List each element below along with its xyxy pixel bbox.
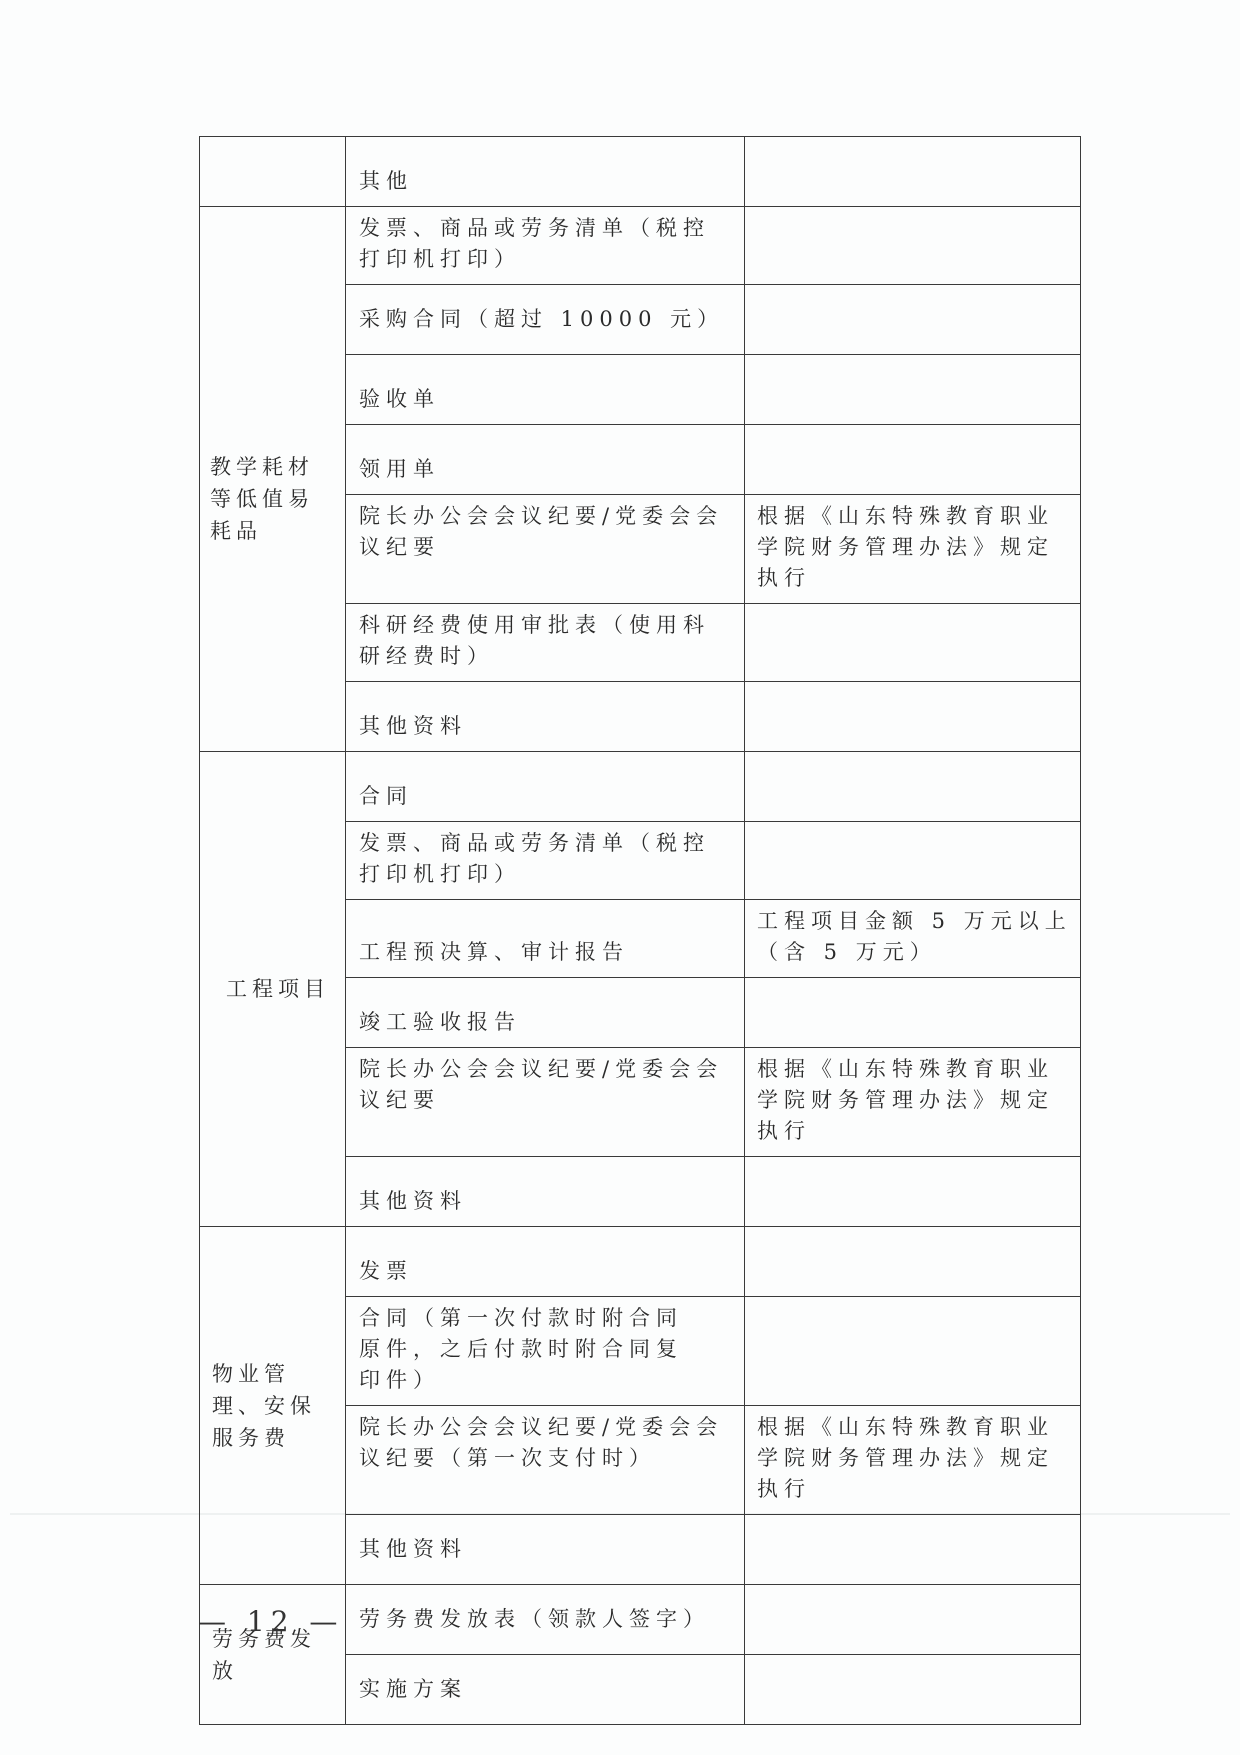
table-row: 其他 <box>200 137 1081 207</box>
note-cell <box>745 355 1081 425</box>
note-cell <box>745 1227 1081 1297</box>
document-item-cell: 其他 <box>346 137 745 207</box>
document-item-cell: 竣工验收报告 <box>346 978 745 1048</box>
note-cell <box>745 604 1081 682</box>
note-cell: 根据《山东特殊教育职业学院财务管理办法》规定执行 <box>745 1048 1081 1157</box>
note-cell: 根据《山东特殊教育职业学院财务管理办法》规定执行 <box>745 495 1081 604</box>
document-item-cell: 院长办公会会议纪要/党委会会议纪要 <box>346 495 745 604</box>
note-cell <box>745 1655 1081 1725</box>
note-cell <box>745 752 1081 822</box>
document-item-cell: 劳务费发放表（领款人签字） <box>346 1585 745 1655</box>
document-item-cell: 院长办公会会议纪要/党委会会议纪要（第一次支付时） <box>346 1406 745 1515</box>
note-cell: 工程项目金额 5 万元以上（含 5 万元） <box>745 900 1081 978</box>
document-item-cell: 科研经费使用审批表（使用科研经费时） <box>346 604 745 682</box>
note-cell <box>745 285 1081 355</box>
document-item-cell: 其他资料 <box>346 682 745 752</box>
note-cell <box>745 822 1081 900</box>
note-cell <box>745 682 1081 752</box>
note-cell <box>745 978 1081 1048</box>
page-number: — 12 — <box>198 1605 343 1638</box>
note-cell <box>745 1297 1081 1406</box>
document-item-cell: 采购合同（超过 10000 元） <box>346 285 745 355</box>
document-item-cell: 实施方案 <box>346 1655 745 1725</box>
document-item-cell: 领用单 <box>346 425 745 495</box>
category-cell: 工程项目 <box>200 752 346 1227</box>
document-item-cell: 发票、商品或劳务清单（税控打印机打印） <box>346 822 745 900</box>
note-cell <box>745 1515 1081 1585</box>
note-cell <box>745 207 1081 285</box>
document-item-cell: 院长办公会会议纪要/党委会会议纪要 <box>346 1048 745 1157</box>
document-item-cell: 合同（第一次付款时附合同原件，之后付款时附合同复印件） <box>346 1297 745 1406</box>
note-cell <box>745 1585 1081 1655</box>
table-row: 教学耗材等低值易耗品 发票、商品或劳务清单（税控打印机打印） <box>200 207 1081 285</box>
table-row: 物业管理、安保服务费 发票 <box>200 1227 1081 1297</box>
category-cell <box>200 137 346 207</box>
document-item-cell: 发票 <box>346 1227 745 1297</box>
document-item-cell: 其他资料 <box>346 1515 745 1585</box>
note-cell <box>745 425 1081 495</box>
reimbursement-documents-table: 其他 教学耗材等低值易耗品 发票、商品或劳务清单（税控打印机打印） 采购合同（超… <box>199 136 1081 1725</box>
table-row: 工程项目 合同 <box>200 752 1081 822</box>
document-item-cell: 合同 <box>346 752 745 822</box>
document-item-cell: 其他资料 <box>346 1157 745 1227</box>
document-item-cell: 工程预决算、审计报告 <box>346 900 745 978</box>
document-item-cell: 发票、商品或劳务清单（税控打印机打印） <box>346 207 745 285</box>
category-cell: 物业管理、安保服务费 <box>200 1227 346 1585</box>
note-cell <box>745 137 1081 207</box>
document-item-cell: 验收单 <box>346 355 745 425</box>
category-cell: 教学耗材等低值易耗品 <box>200 207 346 752</box>
note-cell <box>745 1157 1081 1227</box>
note-cell: 根据《山东特殊教育职业学院财务管理办法》规定执行 <box>745 1406 1081 1515</box>
